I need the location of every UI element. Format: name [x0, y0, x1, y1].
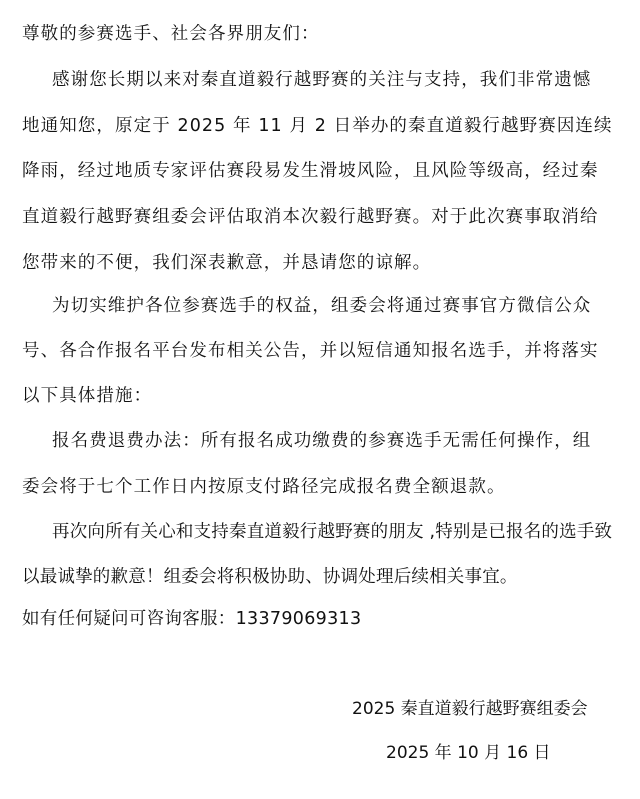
salutation: 尊敬的参赛选手、社会各界朋友们：: [22, 22, 320, 46]
contact-line: 如有任何疑问可咨询客服：13379069313: [22, 607, 361, 631]
paragraph-1-line-5: 您带来的不便，我们深表歉意，并恳请您的谅解。: [22, 251, 431, 275]
paragraph-1-line-4: 直道毅行越野赛组委会评估取消本次毅行越野赛。对于此次赛事取消给: [22, 205, 599, 229]
paragraph-2-line-3: 以下具体措施：: [22, 384, 152, 408]
paragraph-2-line-2: 号、各合作报名平台发布相关公告，并以短信通知报名选手，并将落实: [22, 339, 599, 363]
paragraph-2-line-1: 为切实维护各位参赛选手的权益，组委会将通过赛事官方微信公众: [52, 294, 591, 318]
paragraph-1-line-3: 降雨，经过地质专家评估赛段易发生滑坡风险，且风险等级高，经过秦: [22, 159, 599, 183]
signature-organization: 2025 秦直道毅行越野赛组委会: [352, 697, 588, 721]
paragraph-3-line-1: 报名费退费办法：所有报名成功缴费的参赛选手无需任何操作，组: [52, 429, 591, 453]
paragraph-1-line-1: 感谢您长期以来对秦直道毅行越野赛的关注与支持，我们非常遗憾: [52, 68, 591, 92]
signature-date: 2025 年 10 月 16 日: [386, 741, 551, 765]
paragraph-4-line-1: 再次向所有关心和支持秦直道毅行越野赛的朋友 ,特别是已报名的选手致: [52, 520, 612, 544]
paragraph-3-line-2: 委会将于七个工作日内按原支付路径完成报名费全额退款。: [22, 475, 506, 499]
paragraph-1-line-2: 地通知您，原定于 2025 年 11 月 2 日举办的秦直道毅行越野赛因连续: [22, 114, 613, 138]
paragraph-4-line-2: 以最诚挚的歉意！组委会将积极协助、协调处理后续相关事宜。: [22, 565, 518, 589]
